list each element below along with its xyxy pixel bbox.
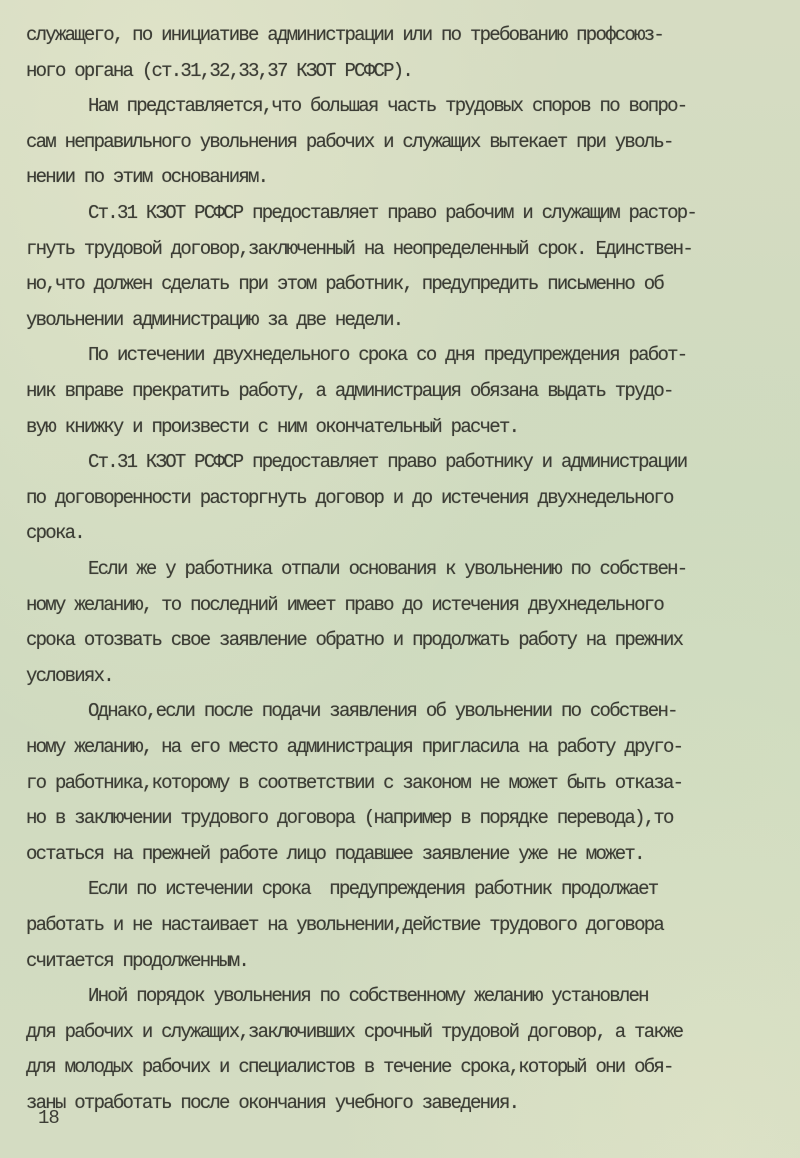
text-line: Если по истечении срока предупреждения р…: [88, 878, 657, 900]
typewritten-page: служащего, по инициативе администрации и…: [0, 0, 800, 1158]
text-line: го работника,которому в соответствии с з…: [26, 772, 682, 794]
text-line: вую книжку и произвести с ним окончатель…: [26, 416, 518, 438]
text-line: сам неправильного увольнения рабочих и с…: [26, 131, 673, 153]
page-number: 18: [38, 1107, 59, 1129]
text-line: Нам представляется,что большая часть тру…: [88, 95, 686, 117]
text-line: Ст.31 КЗОТ РСФСР предоставляет право раб…: [88, 451, 686, 473]
text-line: но,что должен сделать при этом работник,…: [26, 273, 663, 295]
text-line: срока.: [26, 522, 84, 544]
text-line: остаться на прежней работе лицо подавшее…: [26, 843, 644, 865]
text-line: для молодых рабочих и специалистов в теч…: [26, 1056, 673, 1078]
text-line: по договоренности расторгнуть договор и …: [26, 487, 673, 509]
text-line: ному желанию, то последний имеет право д…: [26, 594, 663, 616]
text-line: ник вправе прекратить работу, а админист…: [26, 380, 673, 402]
text-line: служащего, по инициативе администрации и…: [26, 24, 663, 46]
text-line: для рабочих и служащих,заключивших срочн…: [26, 1021, 682, 1043]
text-line: но в заключении трудового договора (напр…: [26, 807, 673, 829]
text-line: По истечении двухнедельного срока со дня…: [88, 344, 686, 366]
text-line: срока отозвать свое заявление обратно и …: [26, 629, 682, 651]
text-line: работать и не настаивает на увольнении,д…: [26, 914, 663, 936]
text-line: Однако,если после подачи заявления об ув…: [88, 700, 677, 722]
text-line: ному желанию, на его место администрация…: [26, 736, 682, 758]
text-line: Если же у работника отпали основания к у…: [88, 558, 686, 580]
text-line: нении по этим основаниям.: [26, 166, 267, 188]
text-line: Ст.31 КЗОТ РСФСР предоставляет право раб…: [88, 202, 696, 224]
text-line: условиях.: [26, 665, 113, 687]
text-line: считается продолженным.: [26, 950, 248, 972]
text-line: Иной порядок увольнения по собственному …: [88, 985, 648, 1007]
text-line: заны отработать после окончания учебного…: [26, 1092, 518, 1114]
text-line: увольнении администрацию за две недели.: [26, 309, 402, 331]
text-line: ного органа (ст.31,32,33,37 КЗОТ РСФСР).: [26, 60, 412, 82]
text-line: гнуть трудовой договор,заключенный на не…: [26, 238, 692, 260]
